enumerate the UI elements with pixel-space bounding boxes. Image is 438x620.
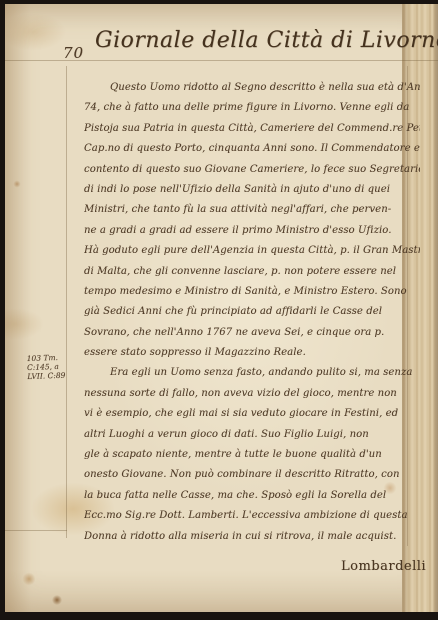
photo-frame: 70 Giornale della Città di Livorno Quest… [0,0,438,620]
text-line: di indi lo pose nell'Ufizio della Sanità… [84,180,420,200]
ruled-line-bottom-left [5,530,67,531]
text-line: ne a gradi a gradi ad essere il primo Mi… [84,221,420,241]
text-line: Hà goduto egli pure dell'Agenzia in ques… [84,241,420,261]
margin-note-line: LVII. C:89 [27,370,85,381]
text-line: altri Luoghi a verun gioco di dati. Suo … [84,425,420,445]
body-text: Questo Uomo ridotto al Segno descritto è… [84,78,420,556]
text-line: contento di questo suo Giovane Cameriere… [84,160,420,180]
text-line: di Malta, che gli convenne lasciare, p. … [84,262,420,282]
text-line: Sovrano, che nell'Anno 1767 ne aveva Sei… [84,323,420,343]
text-line: gle à scapato niente, mentre à tutte le … [84,445,420,465]
text-line: 74, che à fatto una delle prime figure i… [84,98,420,118]
text-line: nessuna sorte di fallo, non aveva vizio … [84,384,420,404]
text-line: essere stato soppresso il Magazzino Real… [84,343,420,363]
text-line: Cap.no di questo Porto, cinquanta Anni s… [84,139,420,159]
text-line: Donna à ridotto alla miseria in cui si r… [84,527,420,547]
text-line: tempo medesimo e Ministro di Sanità, e M… [84,282,420,302]
signature: Lombardelli [341,559,426,574]
margin-note: 103 Tm. C:145, a LVII. C:89 [27,352,86,381]
manuscript-page: 70 Giornale della Città di Livorno Quest… [5,4,438,612]
text-line: Ecc.mo Sig.re Dott. Lamberti. L'eccessiv… [84,506,420,526]
text-line: vi è esempio, che egli mai si sia veduto… [84,404,420,424]
margin-note-line: 103 Tm. C:145, a [27,352,86,372]
text-line: onesto Giovane. Non può combinare il des… [84,465,420,485]
page-title: Giornale della Città di Livorno [95,28,427,53]
text-line: Ministri, che tanto fù la sua attività n… [84,200,420,220]
page-number: 70 [63,44,84,62]
text-line: già Sedici Anni che fù principiato ad af… [84,302,420,322]
text-line: Questo Uomo ridotto al Segno descritto è… [84,78,420,98]
text-line: la buca fatta nelle Casse, ma che. Sposò… [84,486,420,506]
text-line: Pistoja sua Patria in questa Città, Came… [84,119,420,139]
text-line: Era egli un Uomo senza fasto, andando pu… [84,363,420,383]
ruled-line-left-margin [66,66,67,538]
